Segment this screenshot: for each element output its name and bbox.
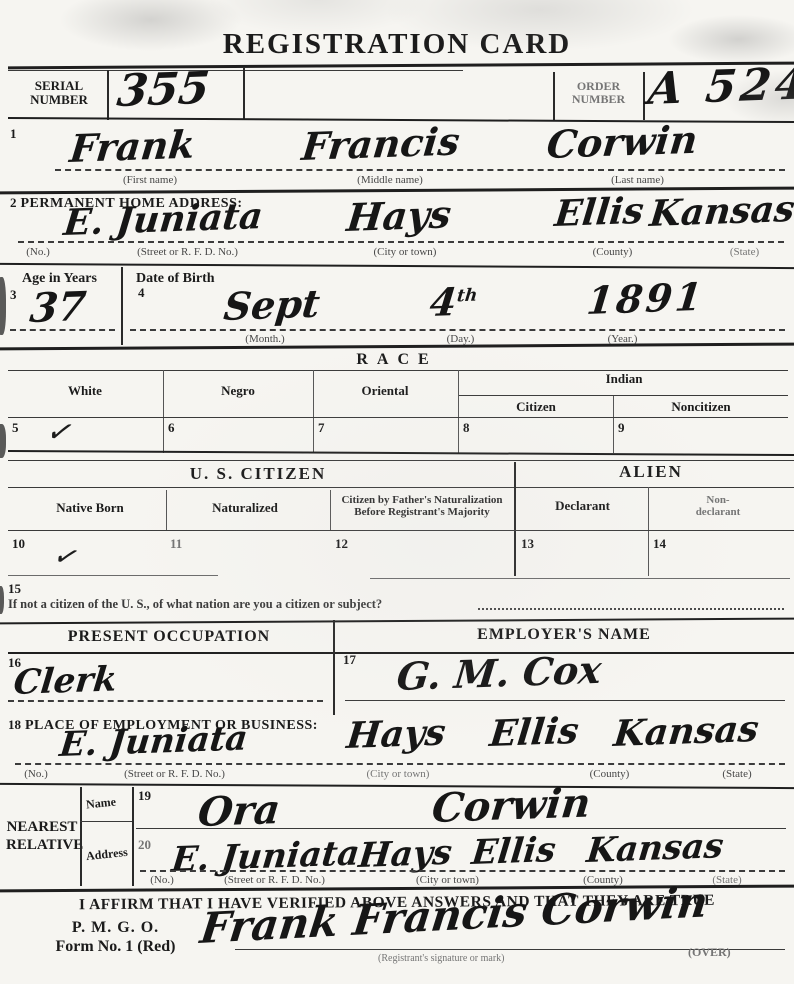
- scan-artifact: [0, 586, 4, 614]
- citizen-col-father-naturalization: Citizen by Father's Naturalization Befor…: [333, 494, 511, 518]
- race-col-white: White: [10, 384, 160, 398]
- order-number-label: ORDER NUMBER: [556, 80, 641, 106]
- field-sublabel: (City or town): [345, 246, 465, 258]
- race-cell-number-8: 8: [463, 421, 470, 435]
- employment-county-handwritten: Ellis: [488, 713, 580, 752]
- signature-sublabel: (Registrant's signature or mark): [378, 953, 505, 964]
- divider: [8, 575, 218, 576]
- citizen-cell-number-10: 10: [12, 537, 25, 551]
- order-number-value: A 524: [646, 62, 794, 112]
- field-sublabel: (County): [562, 768, 657, 780]
- divider: [0, 263, 794, 269]
- citizen-cell-number-13: 13: [521, 537, 534, 551]
- page-title: REGISTRATION CARD: [0, 28, 794, 61]
- birth-header: Date of Birth: [136, 271, 215, 287]
- fill-line: [18, 241, 784, 243]
- item-number-3: 3: [10, 288, 17, 302]
- field-sublabel: (State): [712, 246, 777, 258]
- citizen-cell-number-14: 14: [653, 537, 666, 551]
- race-cell-number-6: 6: [168, 421, 175, 435]
- field-sublabel: (No.): [12, 768, 60, 780]
- divider: [132, 787, 134, 886]
- divider: [80, 821, 132, 822]
- item-number-2: 2: [10, 195, 17, 210]
- field-sublabel: (First name): [60, 174, 240, 186]
- field-sublabel: (No.): [15, 246, 61, 258]
- divider: [458, 370, 459, 453]
- field-sublabel: (No.): [138, 874, 186, 886]
- fill-line: [140, 870, 785, 872]
- item-number-20: 20: [138, 838, 151, 852]
- home-county-handwritten: Ellis: [553, 193, 645, 232]
- relative-city-handwritten: Hays: [357, 836, 454, 873]
- divider: [8, 487, 794, 488]
- race-col-indian: Indian: [460, 372, 788, 386]
- occupation-header: PRESENT OCCUPATION: [8, 628, 330, 646]
- alien-col-declarant: Declarant: [520, 499, 645, 513]
- over-label: (OVER): [688, 946, 731, 959]
- race-col-negro: Negro: [165, 384, 311, 398]
- fill-line: [130, 329, 785, 331]
- item-number-19: 19: [138, 789, 151, 803]
- fill-line: [55, 169, 785, 171]
- field-sublabel: (Day.): [418, 333, 503, 345]
- age-value-handwritten: 37: [28, 287, 88, 329]
- relative-last-name-handwritten: Corwin: [430, 783, 592, 829]
- scan-artifact: [0, 277, 6, 335]
- divider: [80, 787, 82, 886]
- employer-header: EMPLOYER'S NAME: [340, 626, 788, 644]
- relative-state-handwritten: Kansas: [585, 829, 725, 868]
- divider: [330, 490, 331, 530]
- employment-street-handwritten: E. Juniata: [58, 721, 249, 762]
- father-line1: Citizen by Father's Naturalization: [333, 494, 511, 506]
- relative-address-row-label: Address: [85, 845, 128, 864]
- birth-month-handwritten: Sept: [222, 284, 322, 326]
- divider: [648, 487, 649, 576]
- divider: [514, 462, 516, 576]
- citizen-cell-number-12: 12: [335, 537, 348, 551]
- serial-label-line2: NUMBER: [14, 93, 104, 107]
- divider: [121, 267, 123, 345]
- serial-number-label: SERIAL NUMBER: [14, 79, 104, 108]
- field-sublabel: (Street or R. F. D. No.): [95, 246, 280, 258]
- pmgo-label: P. M. G. O.: [38, 919, 193, 937]
- race-cell-number-7: 7: [318, 421, 325, 435]
- fill-line: [10, 329, 115, 331]
- home-city-handwritten: Hays: [345, 195, 453, 237]
- divider: [166, 490, 167, 530]
- fill-line: [15, 763, 785, 765]
- fill-line: [8, 700, 323, 702]
- order-label-line2: NUMBER: [556, 93, 641, 106]
- divider: [643, 72, 645, 120]
- first-name-handwritten: Frank: [68, 125, 197, 168]
- native-born-checkmark: ✓: [50, 541, 84, 573]
- field-sublabel: (Last name): [555, 174, 720, 186]
- field-sublabel: (Street or R. F. D. No.): [92, 768, 257, 780]
- citizen-cell-number-11: 11: [170, 537, 182, 551]
- citizen-col-naturalized: Naturalized: [170, 501, 320, 515]
- divider: [313, 370, 314, 453]
- serial-label-line1: SERIAL: [14, 79, 104, 93]
- race-section-title: RACE: [0, 351, 794, 369]
- nearest-relative-block-label: NEAREST RELATIVE: [6, 818, 78, 854]
- occupation-value-handwritten: Clerk: [12, 662, 119, 700]
- field-sublabel: (City or town): [390, 874, 505, 886]
- divider: [163, 370, 164, 453]
- field-sublabel: (City or town): [338, 768, 458, 780]
- nondecl-line2: declarant: [652, 506, 784, 518]
- scan-artifact: [0, 424, 6, 458]
- item-number-15: 15: [8, 582, 21, 596]
- citizen-col-native-born: Native Born: [20, 501, 160, 515]
- birth-day-suffix: th: [456, 286, 478, 307]
- fill-line: [478, 608, 784, 610]
- divider: [333, 620, 335, 715]
- divider: [8, 417, 788, 418]
- us-citizen-section-title: U. S. CITIZEN: [8, 464, 508, 484]
- divider: [0, 618, 794, 625]
- fill-line: [345, 700, 785, 701]
- divider: [553, 72, 555, 120]
- divider: [8, 70, 463, 71]
- race-col-indian-citizen: Citizen: [460, 400, 612, 414]
- relative-county-handwritten: Ellis: [470, 833, 557, 870]
- citizenship-question: If not a citizen of the U. S., of what n…: [8, 597, 382, 612]
- relative-first-name-handwritten: Ora: [196, 790, 282, 833]
- birth-day-number: 4: [428, 279, 459, 325]
- race-col-oriental: Oriental: [315, 384, 455, 398]
- item-number-4: 4: [138, 286, 145, 300]
- registration-card-scan: REGISTRATION CARD SERIAL NUMBER 355 ORDE…: [0, 0, 794, 984]
- father-line2: Before Registrant's Majority: [333, 506, 511, 518]
- alien-section-title: ALIEN: [515, 462, 787, 482]
- field-sublabel: (Street or R. F. D. No.): [192, 874, 357, 886]
- item-number-1: 1: [10, 127, 17, 141]
- nondecl-line1: Non-: [652, 494, 784, 506]
- divider: [370, 578, 790, 579]
- race-cell-number-5: 5: [12, 421, 19, 435]
- last-name-handwritten: Corwin: [545, 121, 699, 164]
- divider: [8, 530, 794, 531]
- registrant-signature-handwritten: Frank Francis Corwin: [198, 881, 710, 950]
- middle-name-handwritten: Francis: [300, 122, 461, 166]
- relative-name-row-label: Name: [85, 794, 116, 812]
- divider: [8, 450, 794, 456]
- divider: [107, 70, 109, 120]
- home-street-handwritten: E. Juniata: [62, 198, 265, 241]
- employer-value-handwritten: G. M. Cox: [395, 651, 603, 696]
- field-sublabel: (Middle name): [310, 174, 470, 186]
- birth-year-handwritten: 1891: [585, 278, 707, 320]
- divider: [613, 396, 614, 453]
- divider: [0, 343, 794, 351]
- item-number-18: 18: [8, 717, 21, 732]
- nearest-line2: RELATIVE: [6, 836, 78, 854]
- divider: [0, 783, 794, 789]
- white-checkmark: ✓: [43, 417, 78, 449]
- race-col-indian-noncitizen: Noncitizen: [615, 400, 787, 414]
- employment-state-handwritten: Kansas: [612, 711, 760, 752]
- field-sublabel: (State): [702, 768, 772, 780]
- divider: [8, 460, 794, 461]
- form-number-label: Form No. 1 (Red): [18, 938, 213, 956]
- employment-city-handwritten: Hays: [345, 714, 447, 754]
- serial-number-value: 355: [115, 67, 211, 114]
- birth-day-handwritten: 4th: [428, 282, 479, 322]
- home-state-handwritten: Kansas: [648, 191, 794, 232]
- race-cell-number-9: 9: [618, 421, 625, 435]
- alien-col-nondeclarant: Non- declarant: [652, 494, 784, 518]
- divider: [8, 370, 788, 371]
- nearest-line1: NEAREST: [6, 818, 78, 836]
- field-sublabel: (Month.): [210, 333, 320, 345]
- divider: [458, 395, 788, 396]
- field-sublabel: (County): [565, 246, 660, 258]
- item-number-17: 17: [343, 653, 356, 667]
- divider: [243, 68, 245, 120]
